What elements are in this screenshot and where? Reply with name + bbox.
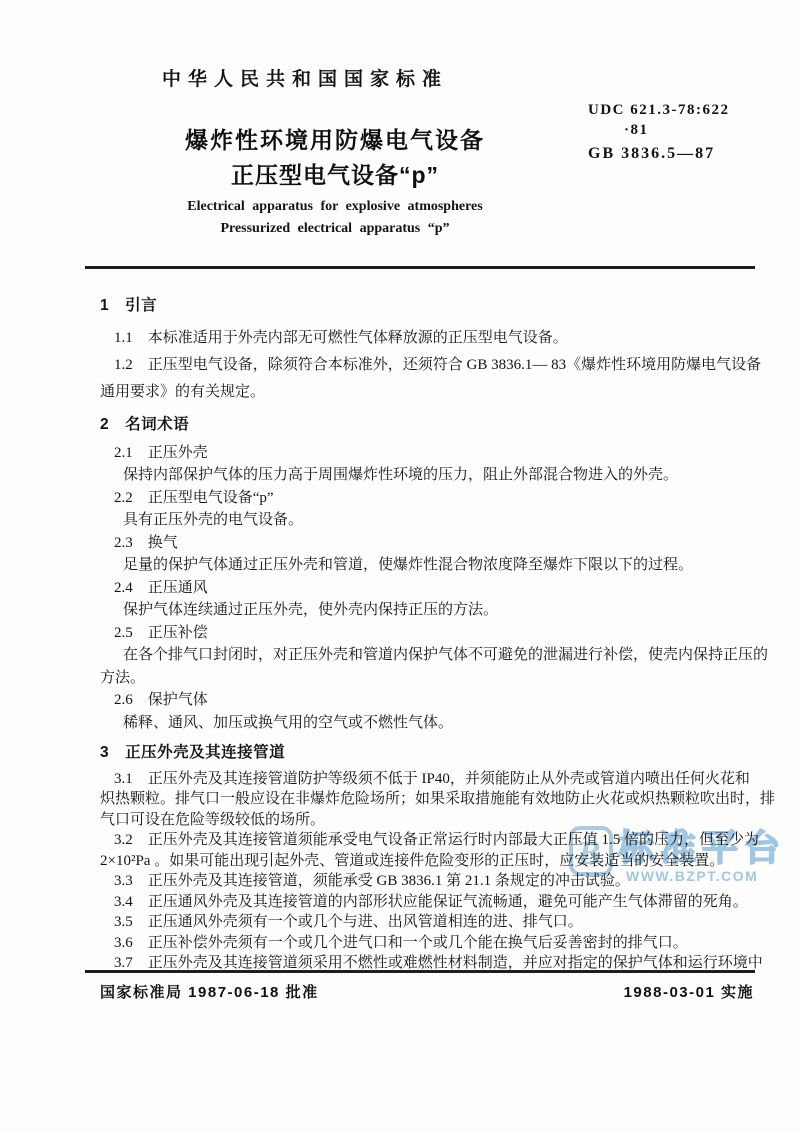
text-line: 1.1 本标准适用于外壳内部无可燃性气体释放源的正压型电气设备。 — [100, 325, 754, 352]
document-title-en-line1: Electrical apparatus for explosive atmos… — [100, 199, 570, 215]
text-line: 2.3 换气 — [100, 532, 754, 555]
text-line: 2.2 正压型电气设备“p” — [100, 487, 754, 510]
text-line: 2.1 正压外壳 — [100, 442, 754, 465]
text-line: 3.5 正压通风外壳须有一个或几个与进、出风管道相连的进、排气口。 — [100, 912, 754, 933]
text-line: 在各个排气口封闭时，对正压外壳和管道内保护气体不可避免的泄漏进行补偿，使壳内保持… — [100, 644, 754, 667]
document-title-en-line2: Pressurized electrical apparatus “p” — [100, 221, 570, 237]
section-s1: 1 引言1.1 本标准适用于外壳内部无可燃性气体释放源的正压型电气设备。1.2 … — [100, 292, 754, 406]
scanned-standard-page: B 标准平台 WWW.BZPT.COM 中华人民共和国国家标准 UDC 621.… — [0, 0, 800, 1132]
text-line: 2.4 正压通风 — [100, 577, 754, 600]
section-s3: 3 正压外壳及其连接管道3.1 正压外壳及其连接管道防护等级须不低于 IP40，… — [100, 743, 754, 974]
text-line: 通用要求》的有关规定。 — [100, 379, 754, 406]
section-s2: 2 名词术语2.1 正压外壳保持内部保护气体的压力高于周围爆炸性环境的压力，阻止… — [100, 414, 754, 734]
section-heading: 3 正压外壳及其连接管道 — [100, 743, 754, 764]
text-line: 方法。 — [100, 667, 754, 690]
text-line: 气口可设在危险等级较低的场所。 — [100, 810, 754, 831]
text-line: 3.2 正压外壳及其连接管道须能承受电气设备正常运行时内部最大正压值 1.5 倍… — [100, 830, 754, 851]
effective-date: 1988-03-01 实施 — [624, 981, 754, 1002]
text-line: 足量的保护气体通过正压外壳和管道，使爆炸性混合物浓度降至爆炸下限以下的过程。 — [100, 554, 754, 577]
text-line: 3.1 正压外壳及其连接管道防护等级须不低于 IP40，并须能防止从外壳或管道内… — [100, 769, 754, 790]
text-line: 保护气体连续通过正压外壳，使外壳内保持正压的方法。 — [100, 599, 754, 622]
udc-number-continued: ·81 — [624, 122, 649, 139]
standard-number: GB 3836.5—87 — [588, 145, 715, 163]
text-line: 3.7 正压外壳及其连接管道须采用不燃性或难燃性材料制造，并应对指定的保护气体和… — [100, 953, 754, 974]
text-line: 保持内部保护气体的压力高于周围爆炸性环境的压力，阻止外部混合物进入的外壳。 — [100, 464, 754, 487]
text-line: 2×10²Pa 。如果可能出现引起外壳、管道或连接件危险变形的正压时，应安装适当… — [100, 851, 754, 872]
text-line: 2.6 保护气体 — [100, 689, 754, 712]
section-heading: 2 名词术语 — [100, 414, 754, 437]
udc-number: UDC 621.3-78:622 — [588, 102, 730, 119]
header-divider — [85, 266, 755, 269]
approval-date: 国家标准局 1987-06-18 批准 — [100, 981, 319, 1002]
text-line: 炽热颗粒。排气口一般应设在非爆炸危险场所；如果采取措施能有效地防止火花或炽热颗粒… — [100, 789, 754, 810]
text-line: 3.4 正压通风外壳及其连接管道的内部形状应能保证气流畅通，避免可能产生气体滞留… — [100, 892, 754, 913]
text-line: 1.2 正压型电气设备，除须符合本标准外，还须符合 GB 3836.1— 83《… — [100, 352, 754, 379]
document-title-cn-line2: 正压型电气设备“p” — [100, 157, 570, 190]
text-line: 稀释、通风、加压或换气用的空气或不燃性气体。 — [100, 712, 754, 735]
document-title-cn-line1: 爆炸性环境用防爆电气设备 — [100, 122, 570, 155]
document-body: 1 引言1.1 本标准适用于外壳内部无可燃性气体释放源的正压型电气设备。1.2 … — [100, 292, 754, 974]
text-line: 2.5 正压补偿 — [100, 622, 754, 645]
national-standard-title: 中华人民共和国国家标准 — [100, 64, 510, 91]
text-line: 3.6 正压补偿外壳须有一个或几个进气口和一个或几个能在换气后妥善密封的排气口。 — [100, 933, 754, 954]
text-line: 3.3 正压外壳及其连接管道，须能承受 GB 3836.1 第 21.1 条规定… — [100, 871, 754, 892]
text-line: 具有正压外壳的电气设备。 — [100, 509, 754, 532]
section-heading: 1 引言 — [100, 292, 754, 319]
